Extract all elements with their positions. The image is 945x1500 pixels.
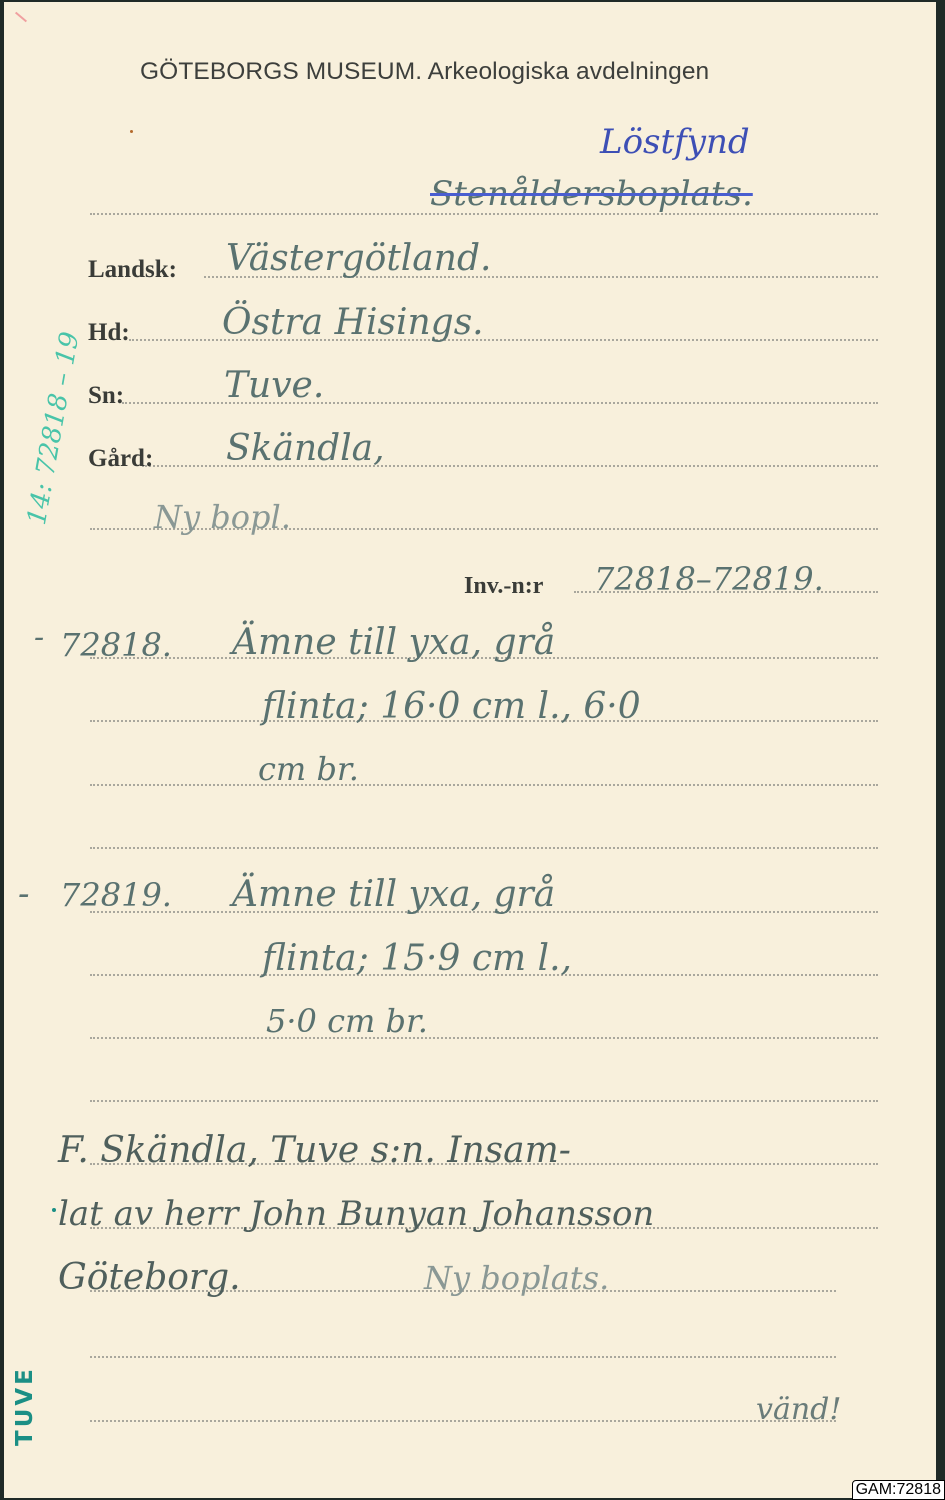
rule-line <box>90 1356 836 1358</box>
rule-line <box>90 1037 878 1039</box>
rule-line <box>90 847 878 849</box>
field-label-socken: Sn: <box>88 382 124 410</box>
provenance-line: lat av herr John Bunyan Johansson <box>58 1194 654 1234</box>
field-label-harad: Hd: <box>88 319 130 347</box>
item-description-line: 5·0 cm br. <box>266 1002 428 1040</box>
field-value-socken: Tuve. <box>224 365 324 406</box>
field-value-harad: Östra Hisings. <box>222 302 484 343</box>
item-dash: - <box>34 620 44 655</box>
item-description-line: cm br. <box>258 750 359 788</box>
rule-line <box>90 1420 836 1422</box>
item-description-line: flinta; 16·0 cm l., 6·0 <box>262 686 641 727</box>
card-header: GÖTEBORGS MUSEUM. Arkeologiska avdelning… <box>140 58 709 86</box>
catalog-id-label: GAM:72818 <box>852 1480 945 1500</box>
field-label-gard: Gård: <box>88 445 153 473</box>
item-description-line: flinta; 15·9 cm l., <box>262 938 572 979</box>
pencil-note-new-settlement: Ny bopl. <box>154 498 291 536</box>
ink-speck <box>52 1208 56 1212</box>
category-original-struck: Stenåldersboplats. <box>430 174 753 214</box>
red-mark <box>15 12 27 23</box>
pencil-note-new-settlement-bottom: Ny boplats. <box>424 1259 609 1297</box>
field-value-gard: Skändla, <box>226 428 385 469</box>
field-value-landskap: Västergötland. <box>226 238 491 279</box>
parish-tab-stamp: TUVE <box>12 1366 38 1446</box>
rule-line <box>90 784 878 786</box>
provenance-line: F. Skändla, Tuve s:n. Insam- <box>58 1130 571 1171</box>
item-number: 72818. <box>60 626 172 664</box>
item-dash: - <box>18 874 30 914</box>
provenance-line: Göteborg. <box>58 1257 241 1298</box>
ink-speck <box>130 130 133 133</box>
rule-line <box>90 1100 878 1102</box>
field-label-landskap: Landsk: <box>88 256 177 284</box>
inventory-value: 72818–72819. <box>594 560 824 598</box>
turn-over-note: vänd! <box>756 1392 841 1427</box>
item-number: 72819. <box>60 876 172 914</box>
side-inventory-number: 14: 72818 – 19 <box>22 330 85 528</box>
item-description-line: Ämne till yxa, grå <box>232 874 555 915</box>
inventory-label: Inv.-n:r <box>464 573 543 600</box>
catalog-card: GÖTEBORGS MUSEUM. Arkeologiska avdelning… <box>4 2 936 1498</box>
category-correction: Löstfynd <box>600 122 750 162</box>
item-description-line: Ämne till yxa, grå <box>232 622 555 663</box>
